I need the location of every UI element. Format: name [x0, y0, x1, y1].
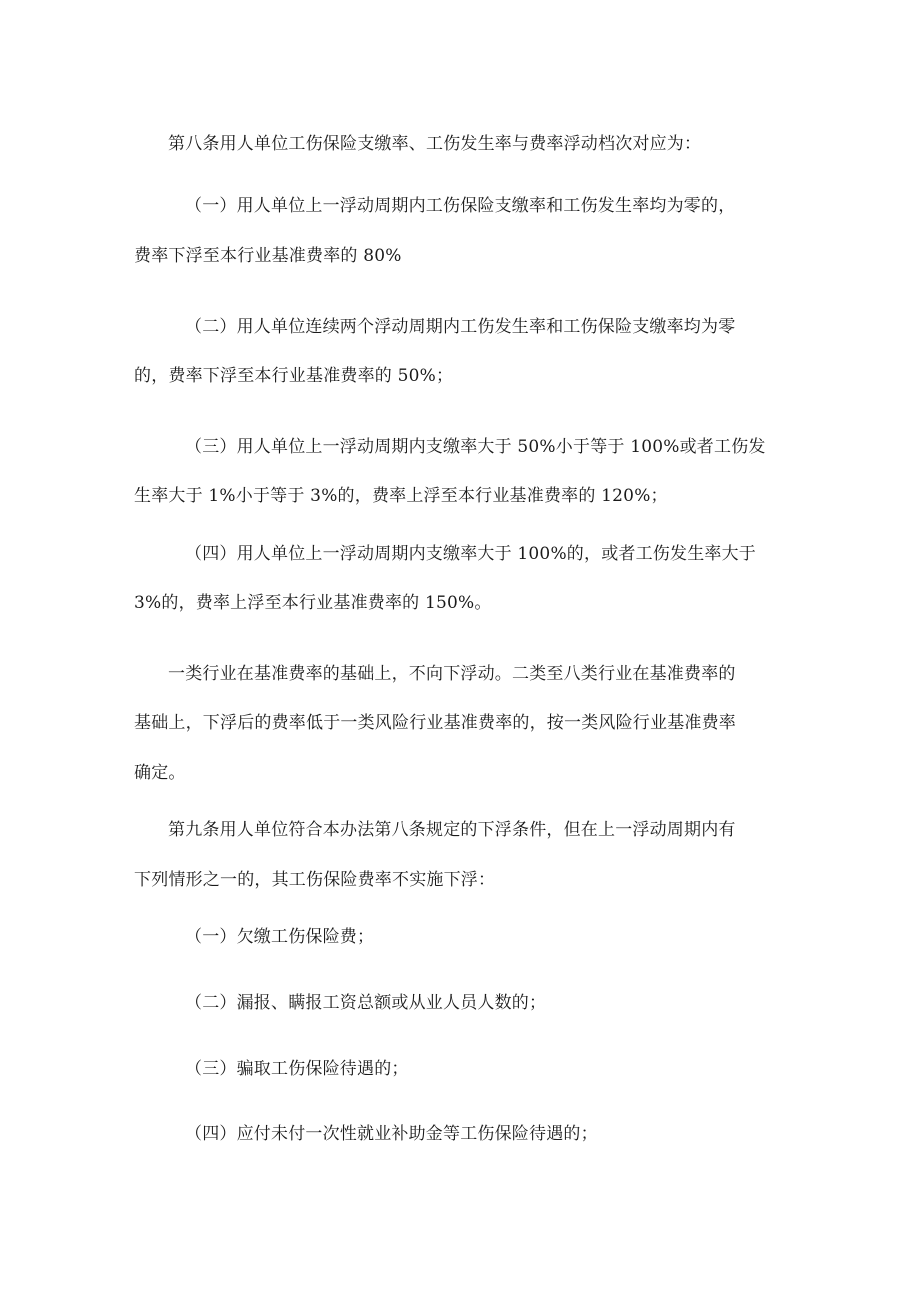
article-8-item-2-line-1: （二）用人单位连续两个浮动周期内工伤发生率和工伤保险支缴率均为零: [185, 316, 845, 338]
article-9-item-2: （二）漏报、瞒报工资总额或从业人员人数的；: [185, 992, 845, 1014]
document-page: 第八条用人单位工伤保险支缴率、工伤发生率与费率浮动档次对应为： （一）用人单位上…: [0, 0, 920, 1301]
article-8-note-line-1: 一类行业在基准费率的基础上，不向下浮动。二类至八类行业在基准费率的: [168, 663, 828, 685]
article-8-note-line-2: 基础上，下浮后的费率低于一类风险行业基准费率的，按一类风险行业基准费率: [134, 712, 794, 734]
article-8-note-line-3: 确定。: [134, 762, 794, 784]
article-8-item-1-line-1: （一）用人单位上一浮动周期内工伤保险支缴率和工伤发生率均为零的，: [185, 195, 845, 217]
article-8-item-4-line-1: （四）用人单位上一浮动周期内支缴率大于 100%的，或者工伤发生率大于: [185, 543, 845, 565]
article-8-item-1-line-2: 费率下浮至本行业基准费率的 80%: [134, 245, 794, 267]
article-8-item-2-line-2: 的，费率下浮至本行业基准费率的 50%；: [134, 365, 794, 387]
article-9-heading-line-1: 第九条用人单位符合本办法第八条规定的下浮条件，但在上一浮动周期内有: [168, 819, 828, 841]
article-9-heading-line-2: 下列情形之一的，其工伤保险费率不实施下浮：: [134, 869, 794, 891]
article-8-heading: 第八条用人单位工伤保险支缴率、工伤发生率与费率浮动档次对应为：: [168, 133, 828, 155]
article-9-item-3: （三）骗取工伤保险待遇的；: [185, 1058, 845, 1080]
article-9-item-1: （一）欠缴工伤保险费；: [185, 926, 845, 948]
article-8-item-4-line-2: 3%的，费率上浮至本行业基准费率的 150%。: [134, 592, 794, 614]
article-8-item-3-line-1: （三）用人单位上一浮动周期内支缴率大于 50%小于等于 100%或者工伤发: [185, 436, 845, 458]
article-8-item-3-line-2: 生率大于 1%小于等于 3%的，费率上浮至本行业基准费率的 120%；: [134, 485, 794, 507]
article-9-item-4: （四）应付未付一次性就业补助金等工伤保险待遇的；: [185, 1123, 845, 1145]
